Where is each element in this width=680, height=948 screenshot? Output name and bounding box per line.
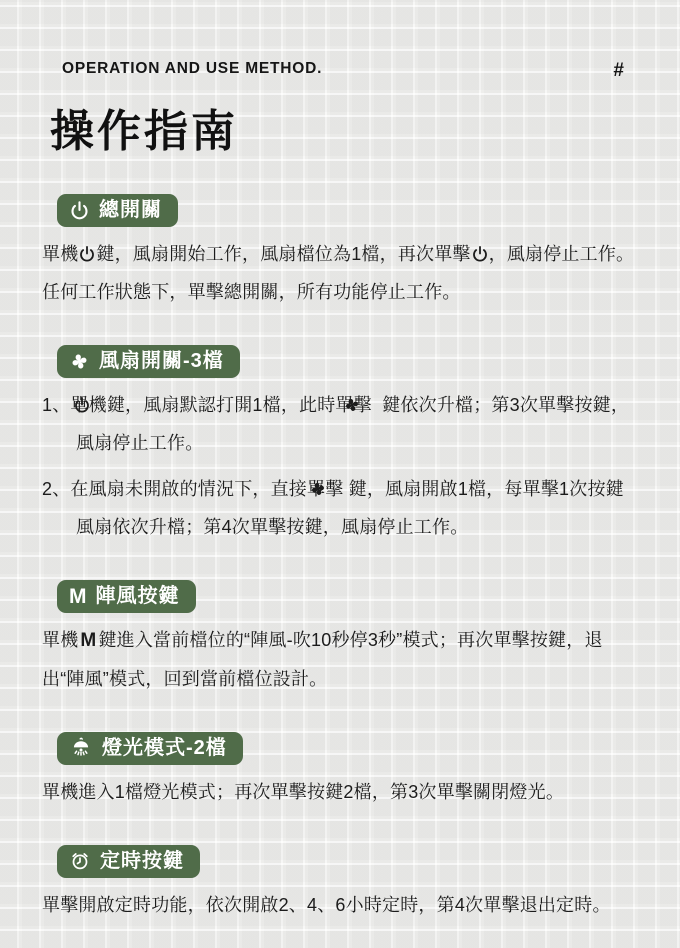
section-fan-speed: 風扇開關-3檔1、單機鍵，風扇默認打開1檔，此時單擊 鍵依次升檔；第3次單擊按鍵… xyxy=(42,345,638,546)
alarm-clock-icon xyxy=(69,850,91,872)
light-mode-badge: 燈光模式-2檔 xyxy=(57,732,243,765)
sections: 總開關單機鍵，風扇開始工作，風扇檔位為1檔，再次單擊，風扇停止工作。任何工作狀態… xyxy=(42,194,638,924)
timer-badge: 定時按鍵 xyxy=(57,845,200,878)
badge-label: 陣風按鍵 xyxy=(96,584,180,608)
corner-hash-mark: # xyxy=(613,60,624,82)
page-title: 操作指南 xyxy=(50,108,638,156)
list-item: 1、單機鍵，風扇默認打開1檔，此時單擊 鍵依次升檔；第3次單擊按鍵，風扇停止工作… xyxy=(42,386,638,462)
paragraph: 單擊開啟定時功能，依次開啟2、4、6小時定時，第4次單擊退出定時。 xyxy=(42,886,638,924)
eyebrow-heading: OPERATION AND USE METHOD. xyxy=(62,60,322,78)
fan-speed-badge: 風扇開關-3檔 xyxy=(57,345,240,378)
master-switch-badge: 總開關 xyxy=(57,194,178,227)
badge-label: 燈光模式-2檔 xyxy=(102,736,227,760)
section-timer: 定時按鍵單擊開啟定時功能，依次開啟2、4、6小時定時，第4次單擊退出定時。 xyxy=(42,845,638,924)
badge-label: 風扇開關-3檔 xyxy=(99,349,224,373)
section-light-mode: 燈光模式-2檔單機進入1檔燈光模式；再次單擊按鍵2檔，第3次單擊關閉燈光。 xyxy=(42,732,638,811)
m-key-text: M xyxy=(78,630,98,651)
power-icon xyxy=(69,200,90,221)
gust-mode-badge: M陣風按鍵 xyxy=(57,580,196,613)
fan-icon xyxy=(69,351,90,372)
paragraph: 單機進入1檔燈光模式；再次單擊按鍵2檔，第3次單擊關閉燈光。 xyxy=(42,773,638,811)
lamp-icon xyxy=(69,736,93,760)
paragraph: 單機M鍵進入當前檔位的“陣風-吹10秒停3秒”模式；再次單擊按鍵，退出“陣風”模… xyxy=(42,621,638,698)
list-item: 2、在風扇未開啟的情況下，直接單擊 鍵，風扇開啟1檔，每單擊1次按鍵風扇依次升檔… xyxy=(42,470,638,546)
paragraph: 單機鍵，風扇開始工作，風扇檔位為1檔，再次單擊，風扇停止工作。任何工作狀態下，單… xyxy=(42,235,638,311)
section-gust-mode: M陣風按鍵單機M鍵進入當前檔位的“陣風-吹10秒停3秒”模式；再次單擊按鍵，退出… xyxy=(42,580,638,698)
badge-label: 定時按鍵 xyxy=(100,849,184,873)
section-master-switch: 總開關單機鍵，風扇開始工作，風扇檔位為1檔，再次單擊，風扇停止工作。任何工作狀態… xyxy=(42,194,638,311)
power-icon xyxy=(78,235,96,273)
badge-label: 總開關 xyxy=(99,198,162,222)
manual-page: OPERATION AND USE METHOD. # 操作指南 總開關單機鍵，… xyxy=(0,0,680,948)
m-key-icon: M xyxy=(69,586,87,607)
power-icon xyxy=(471,235,489,273)
page-header: OPERATION AND USE METHOD. # xyxy=(62,0,624,82)
